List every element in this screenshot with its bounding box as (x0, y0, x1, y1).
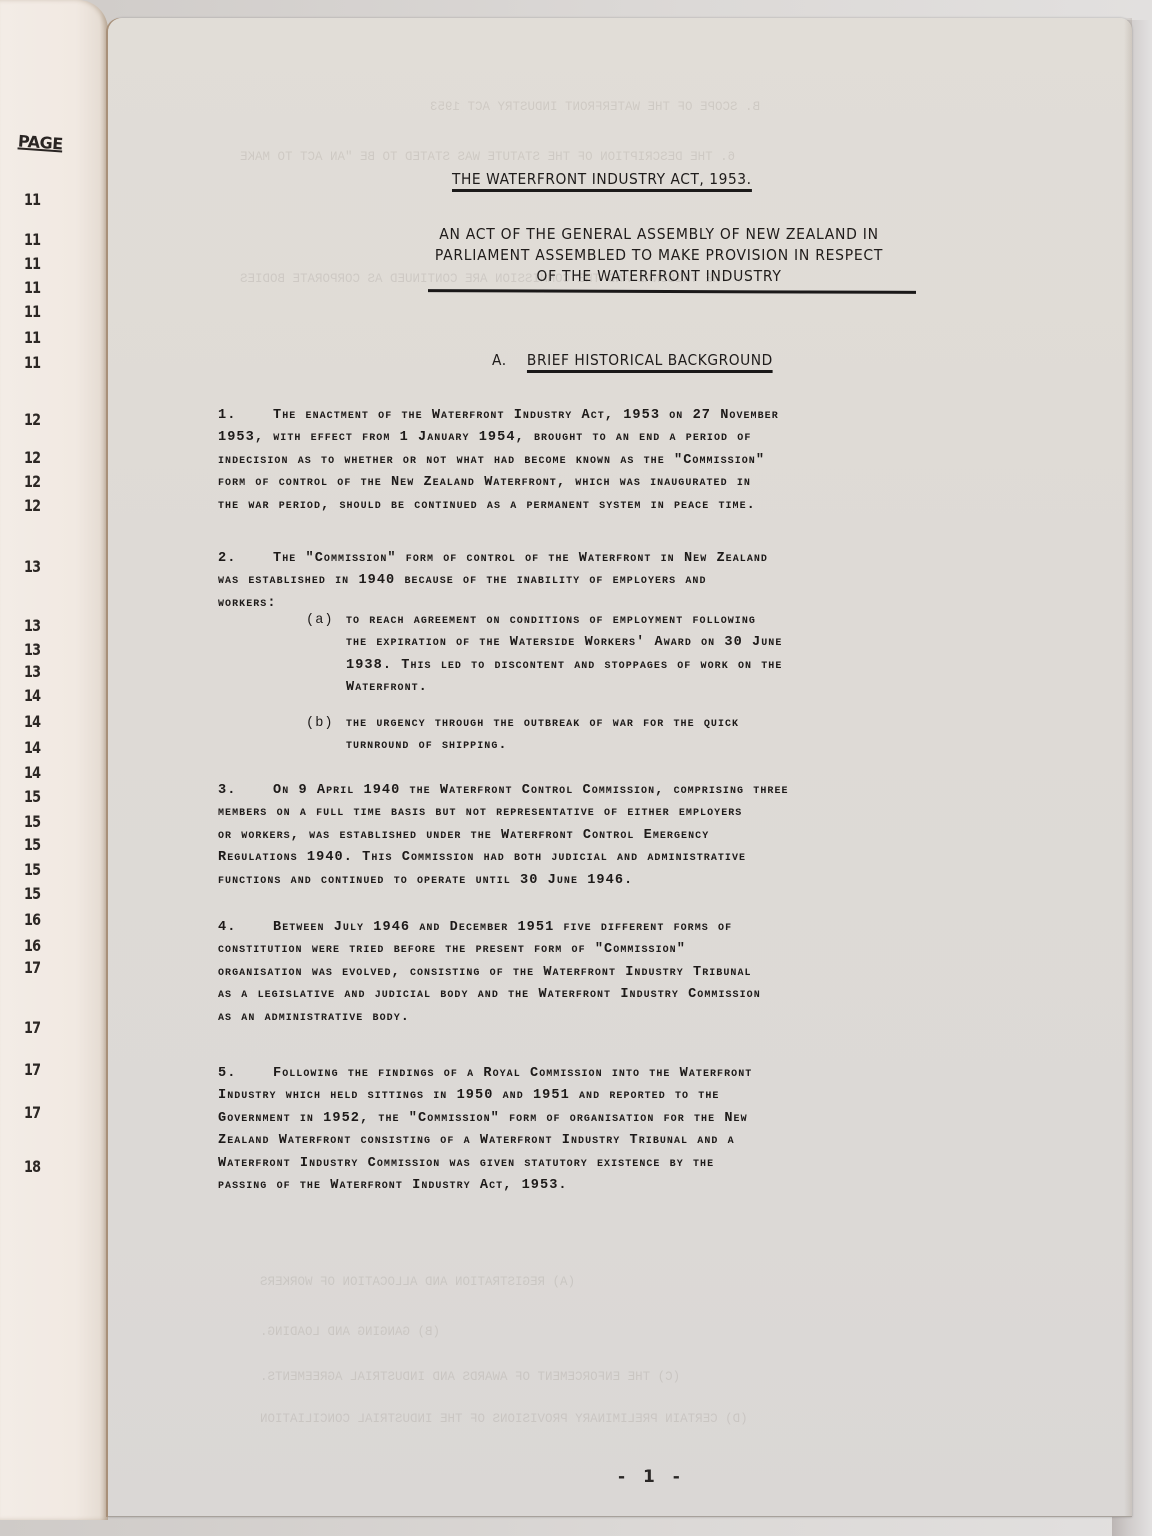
toc-page-ref: 13 (24, 662, 40, 681)
toc-page-ref: 11 (24, 190, 40, 209)
toc-page-ref: 13 (24, 640, 40, 659)
paragraph-line: the war period, should be continued as a… (218, 495, 1038, 517)
show-through-text: (A) REGISTRATION AND ALLOCATION OF WORKE… (260, 1275, 575, 1289)
toc-page-ref: 15 (24, 787, 40, 806)
paragraph-line: members on a full time basis but not rep… (218, 802, 1038, 824)
paragraph-text: was established in 1940 because of the i… (218, 573, 707, 588)
toc-page-ref: 11 (24, 353, 40, 372)
paragraph-text: functions and continued to operate until… (218, 873, 633, 888)
paragraph-number: 4. (218, 917, 273, 939)
paragraph-text: On 9 April 1940 the Waterfront Control C… (273, 783, 789, 798)
section-letter: A. (492, 351, 507, 369)
document-title: THE WATERFRONT INDUSTRY ACT, 1953. (452, 170, 752, 192)
toc-page-ref: 17 (24, 958, 40, 977)
paragraph-text: form of control of the New Zealand Water… (218, 475, 751, 490)
paragraph-line: constitution were tried before the prese… (218, 939, 1038, 961)
paragraph-3: 3.On 9 April 1940 the Waterfront Control… (218, 780, 1038, 892)
toc-page-ref: 14 (24, 738, 40, 757)
paragraph-text: as an administrative body. (218, 1010, 410, 1025)
subtitle-line: OF THE WATERFRONT INDUSTRY (380, 266, 938, 287)
paragraph-line: was established in 1940 because of the i… (218, 570, 1038, 592)
paragraph-text: The enactment of the Waterfront Industry… (273, 408, 779, 423)
toc-page-ref: 17 (24, 1060, 40, 1079)
show-through-text: (B) GANGING AND LOADING. (260, 1325, 440, 1339)
paragraph-line: Waterfront Industry Commission was given… (218, 1153, 1038, 1175)
paragraph-text: as a legislative and judicial body and t… (218, 987, 761, 1002)
paragraph-line: 5.Following the findings of a Royal Comm… (218, 1063, 1038, 1085)
toc-page-ref: 11 (24, 254, 40, 273)
toc-page-ref: 11 (24, 328, 40, 347)
subitem-label: (a) (306, 610, 334, 632)
subtitle-line: PARLIAMENT ASSEMBLED TO MAKE PROVISION I… (380, 245, 938, 266)
toc-page-ref: 11 (24, 230, 40, 249)
paragraph-4: 4.Between July 1946 and December 1951 fi… (218, 917, 1038, 1029)
paragraph-text: Following the findings of a Royal Commis… (273, 1066, 752, 1081)
toc-page-ref: 15 (24, 884, 40, 903)
subitem-line: 1938. This led to discontent and stoppag… (312, 655, 1032, 677)
show-through-text: 6. THE DESCRIPTION OF THE STATUTE WAS ST… (240, 150, 735, 164)
section-title: BRIEF HISTORICAL BACKGROUND (527, 351, 773, 373)
paragraph-line: form of control of the New Zealand Water… (218, 472, 1038, 494)
page-number: - 1 - (618, 1467, 686, 1487)
paragraph-text: constitution were tried before the prese… (218, 942, 686, 957)
paragraph-line: as a legislative and judicial body and t… (218, 984, 1038, 1006)
paragraph-text: indecision as to whether or not what had… (218, 453, 765, 468)
paragraph-line: 1.The enactment of the Waterfront Indust… (218, 405, 1038, 427)
show-through-text: (C) THE ENFORCEMENT OF AWARDS AND INDUST… (260, 1370, 680, 1384)
paragraph-line: Regulations 1940. This Commission had bo… (218, 847, 1038, 869)
paragraph-1: 1.The enactment of the Waterfront Indust… (218, 405, 1038, 517)
section-heading: A.BRIEF HISTORICAL BACKGROUND (492, 351, 773, 369)
subitem-a: (a)to reach agreement on conditions of e… (312, 610, 1032, 700)
paragraph-line: indecision as to whether or not what had… (218, 450, 1038, 472)
toc-page-ref: 12 (24, 496, 40, 515)
subtitle-line: AN ACT OF THE GENERAL ASSEMBLY OF NEW ZE… (380, 224, 938, 245)
toc-page-ref: 13 (24, 557, 40, 576)
paragraph-text: Waterfront Industry Commission was given… (218, 1156, 714, 1171)
toc-page-ref: 12 (24, 410, 40, 429)
toc-page-ref: 15 (24, 835, 40, 854)
paragraph-line: functions and continued to operate until… (218, 870, 1038, 892)
paragraph-number: 1. (218, 405, 273, 427)
paragraph-text: organisation was evolved, consisting of … (218, 965, 752, 980)
paragraph-number: 2. (218, 548, 273, 570)
paragraph-text: 1953, with effect from 1 January 1954, b… (218, 430, 751, 445)
document-subtitle: AN ACT OF THE GENERAL ASSEMBLY OF NEW ZE… (380, 224, 938, 287)
paragraph-text: Regulations 1940. This Commission had bo… (218, 850, 746, 865)
toc-page-ref: 12 (24, 448, 40, 467)
paragraph-text: members on a full time basis but not rep… (218, 805, 742, 820)
paragraph-number: 3. (218, 780, 273, 802)
toc-page-ref: 14 (24, 763, 40, 782)
subitem-line: turnround of shipping. (312, 735, 1032, 757)
paragraph-line: organisation was evolved, consisting of … (218, 962, 1038, 984)
toc-page-ref: 16 (24, 910, 40, 929)
paragraph-text: workers: (218, 596, 277, 611)
toc-page-ref: 13 (24, 616, 40, 635)
paragraph-text: Between July 1946 and December 1951 five… (273, 920, 732, 935)
toc-page-ref: 18 (24, 1157, 40, 1176)
paragraph-line: Industry which held sittings in 1950 and… (218, 1085, 1038, 1107)
subitem-label: (b) (306, 713, 334, 735)
toc-page-ref: 17 (24, 1018, 40, 1037)
paragraph-line: passing of the Waterfront Industry Act, … (218, 1175, 1038, 1197)
subitem-b: (b)the urgency through the outbreak of w… (312, 713, 1032, 758)
paragraph-line: 1953, with effect from 1 January 1954, b… (218, 427, 1038, 449)
paragraph-number: 5. (218, 1063, 273, 1085)
toc-page-ref: 15 (24, 812, 40, 831)
paragraph-text: passing of the Waterfront Industry Act, … (218, 1178, 568, 1193)
subitem-line: to reach agreement on conditions of empl… (312, 610, 1032, 632)
toc-page-ref: 16 (24, 936, 40, 955)
toc-page-ref: 17 (24, 1103, 40, 1122)
paragraph-text: Zealand Waterfront consisting of a Water… (218, 1133, 735, 1148)
left-facing-page: PAGE 11111111111111121212121313131314141… (0, 0, 108, 1520)
paragraph-line: 2.The "Commission" form of control of th… (218, 548, 1038, 570)
toc-page-ref: 11 (24, 302, 40, 321)
subitem-line: Waterfront. (312, 677, 1032, 699)
toc-page-ref: 15 (24, 860, 40, 879)
toc-page-ref: 12 (24, 472, 40, 491)
show-through-text: (D) CERTAIN PRELIMINARY PROVISIONS OF TH… (260, 1412, 748, 1426)
paragraph-text: Industry which held sittings in 1950 and… (218, 1088, 719, 1103)
paragraph-text: The "Commission" form of control of the … (273, 551, 768, 566)
paragraph-5: 5.Following the findings of a Royal Comm… (218, 1063, 1038, 1197)
paragraph-line: Zealand Waterfront consisting of a Water… (218, 1130, 1038, 1152)
paragraph-line: 3.On 9 April 1940 the Waterfront Control… (218, 780, 1038, 802)
paragraph-line: or workers, was established under the Wa… (218, 825, 1038, 847)
paragraph-line: as an administrative body. (218, 1007, 1038, 1029)
toc-page-ref: 14 (24, 686, 40, 705)
paragraph-2: 2.The "Commission" form of control of th… (218, 548, 1038, 615)
paragraph-text: or workers, was established under the Wa… (218, 828, 709, 843)
show-through-text: B. SCOPE OF THE WATERFRONT INDUSTRY ACT … (430, 100, 760, 114)
toc-page-heading: PAGE (17, 131, 63, 153)
paragraph-text: Government in 1952, the "Commission" for… (218, 1111, 748, 1126)
toc-page-ref: 11 (24, 278, 40, 297)
subitem-line: the expiration of the Waterside Workers'… (312, 632, 1032, 654)
toc-page-ref: 14 (24, 712, 40, 731)
subitem-line: the urgency through the outbreak of war … (312, 713, 1032, 735)
paragraph-line: 4.Between July 1946 and December 1951 fi… (218, 917, 1038, 939)
paragraph-line: Government in 1952, the "Commission" for… (218, 1108, 1038, 1130)
paragraph-text: the war period, should be continued as a… (218, 498, 756, 513)
